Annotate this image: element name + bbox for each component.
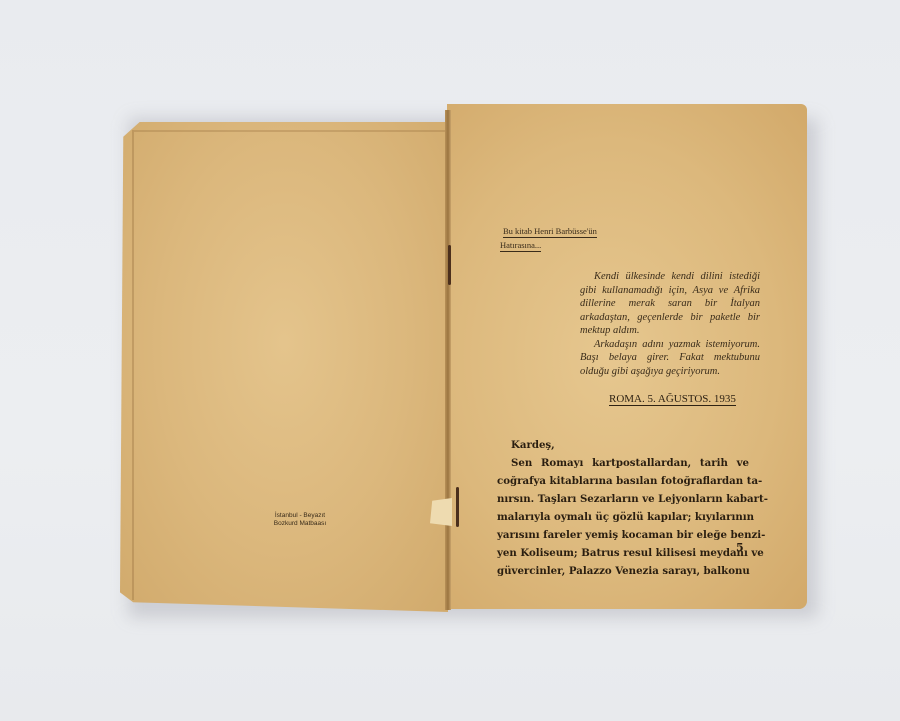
upper-staple — [448, 245, 451, 285]
letter-line: nırsın. Taşları Sezarların ve Lejyonları… — [497, 490, 749, 508]
imprint-line: Bozkurd Matbaası — [250, 520, 350, 528]
letter-line: yen Koliseum; Batrus resul kilisesi meyd… — [497, 544, 749, 562]
left-page-top-edge — [134, 130, 448, 132]
page-number: 5 — [736, 541, 744, 554]
dateline: ROMA. 5. AĞUSTOS. 1935 — [609, 393, 736, 405]
letter-line: malarıyla oymalı üç gözlü kapılar; kıyıl… — [497, 508, 749, 526]
letter-body: Kardeş, Sen Romayı kartpostallardan, tar… — [497, 436, 749, 580]
left-page — [120, 122, 448, 612]
letter-line: Sen Romayı kartpostallardan, tarih ve — [497, 454, 749, 472]
letter-line: yarısını fareler yemiş kocaman bir eleğe… — [497, 526, 749, 544]
intro-paragraph: Arkadaşın adını yazmak istemiyorum. Başı… — [580, 338, 760, 379]
lower-staple — [456, 487, 459, 527]
book-spine — [445, 110, 451, 610]
paper-tear-tab — [430, 498, 452, 526]
intro-note: Kendi ülkesinde kendi dilini istediği gi… — [580, 270, 760, 378]
left-page-fold-edge — [132, 130, 134, 600]
letter-line: güvercinler, Palazzo Venezia sarayı, bal… — [497, 562, 749, 580]
intro-paragraph: Kendi ülkesinde kendi dilini istediği gi… — [580, 270, 760, 338]
letter-line: coğrafya kitablarına basılan fotoğraflar… — [497, 472, 749, 490]
letter-salutation: Kardeş, — [497, 436, 749, 454]
dedication-line-2: Hatırasına... — [500, 240, 541, 250]
imprint-line: İstanbul - Beyazıt — [250, 512, 350, 520]
dedication-line-1: Bu kitab Henri Barbüsse'ün — [503, 226, 597, 236]
printer-imprint: İstanbul - Beyazıt Bozkurd Matbaası — [250, 512, 350, 528]
